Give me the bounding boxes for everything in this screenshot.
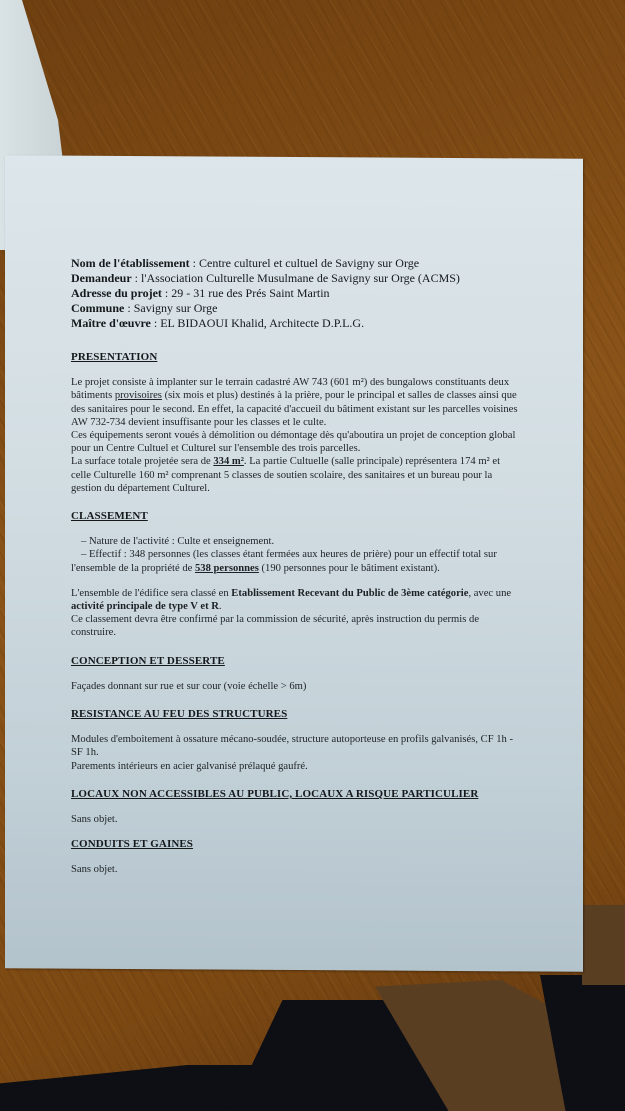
meta-address: Adresse du projet : 29 - 31 rue des Prés… — [71, 286, 521, 301]
resistance-paragraph-1: Modules d'emboitement à ossature mécano-… — [71, 733, 521, 759]
meta-commune: Commune : Savigny sur Orge — [71, 301, 521, 316]
presentation-paragraph-2: Ces équipements seront voués à démolitio… — [71, 429, 521, 455]
meta-architect: Maître d'œuvre : EL BIDAOUI Khalid, Arch… — [71, 316, 521, 331]
meta-establishment: Nom de l'établissement : Centre culturel… — [71, 256, 521, 271]
heading-locaux: LOCAUX NON ACCESSIBLES AU PUBLIC, LOCAUX… — [71, 788, 521, 801]
locaux-text: Sans objet. — [71, 813, 521, 826]
project-info: Nom de l'établissement : Centre culturel… — [71, 256, 521, 331]
presentation-paragraph-1: Le projet consiste à implanter sur le te… — [71, 376, 521, 429]
classement-paragraph-1: L'ensemble de l'édifice sera classé en E… — [71, 587, 521, 613]
classement-item-activity: – Nature de l'activité : Culte et enseig… — [71, 535, 521, 548]
heading-classement: CLASSEMENT — [71, 510, 521, 523]
document-content: Nom de l'établissement : Centre culturel… — [71, 256, 521, 877]
heading-resistance: RESISTANCE AU FEU DES STRUCTURES — [71, 708, 521, 721]
heading-conception: CONCEPTION ET DESSERTE — [71, 655, 521, 668]
conception-text: Façades donnant sur rue et sur cour (voi… — [71, 680, 521, 693]
brown-fabric — [582, 905, 625, 985]
classement-item-effectif: – Effectif : 348 personnes (les classes … — [71, 548, 521, 574]
meta-applicant: Demandeur : l'Association Culturelle Mus… — [71, 271, 521, 286]
resistance-paragraph-2: Parements intérieurs en acier galvanisé … — [71, 760, 521, 773]
heading-conduits: CONDUITS ET GAINES — [71, 838, 521, 851]
presentation-paragraph-3: La surface totale projetée sera de 334 m… — [71, 455, 521, 495]
heading-presentation: PRESENTATION — [71, 351, 521, 364]
classement-paragraph-2: Ce classement devra être confirmé par la… — [71, 613, 521, 639]
conduits-text: Sans objet. — [71, 863, 521, 876]
